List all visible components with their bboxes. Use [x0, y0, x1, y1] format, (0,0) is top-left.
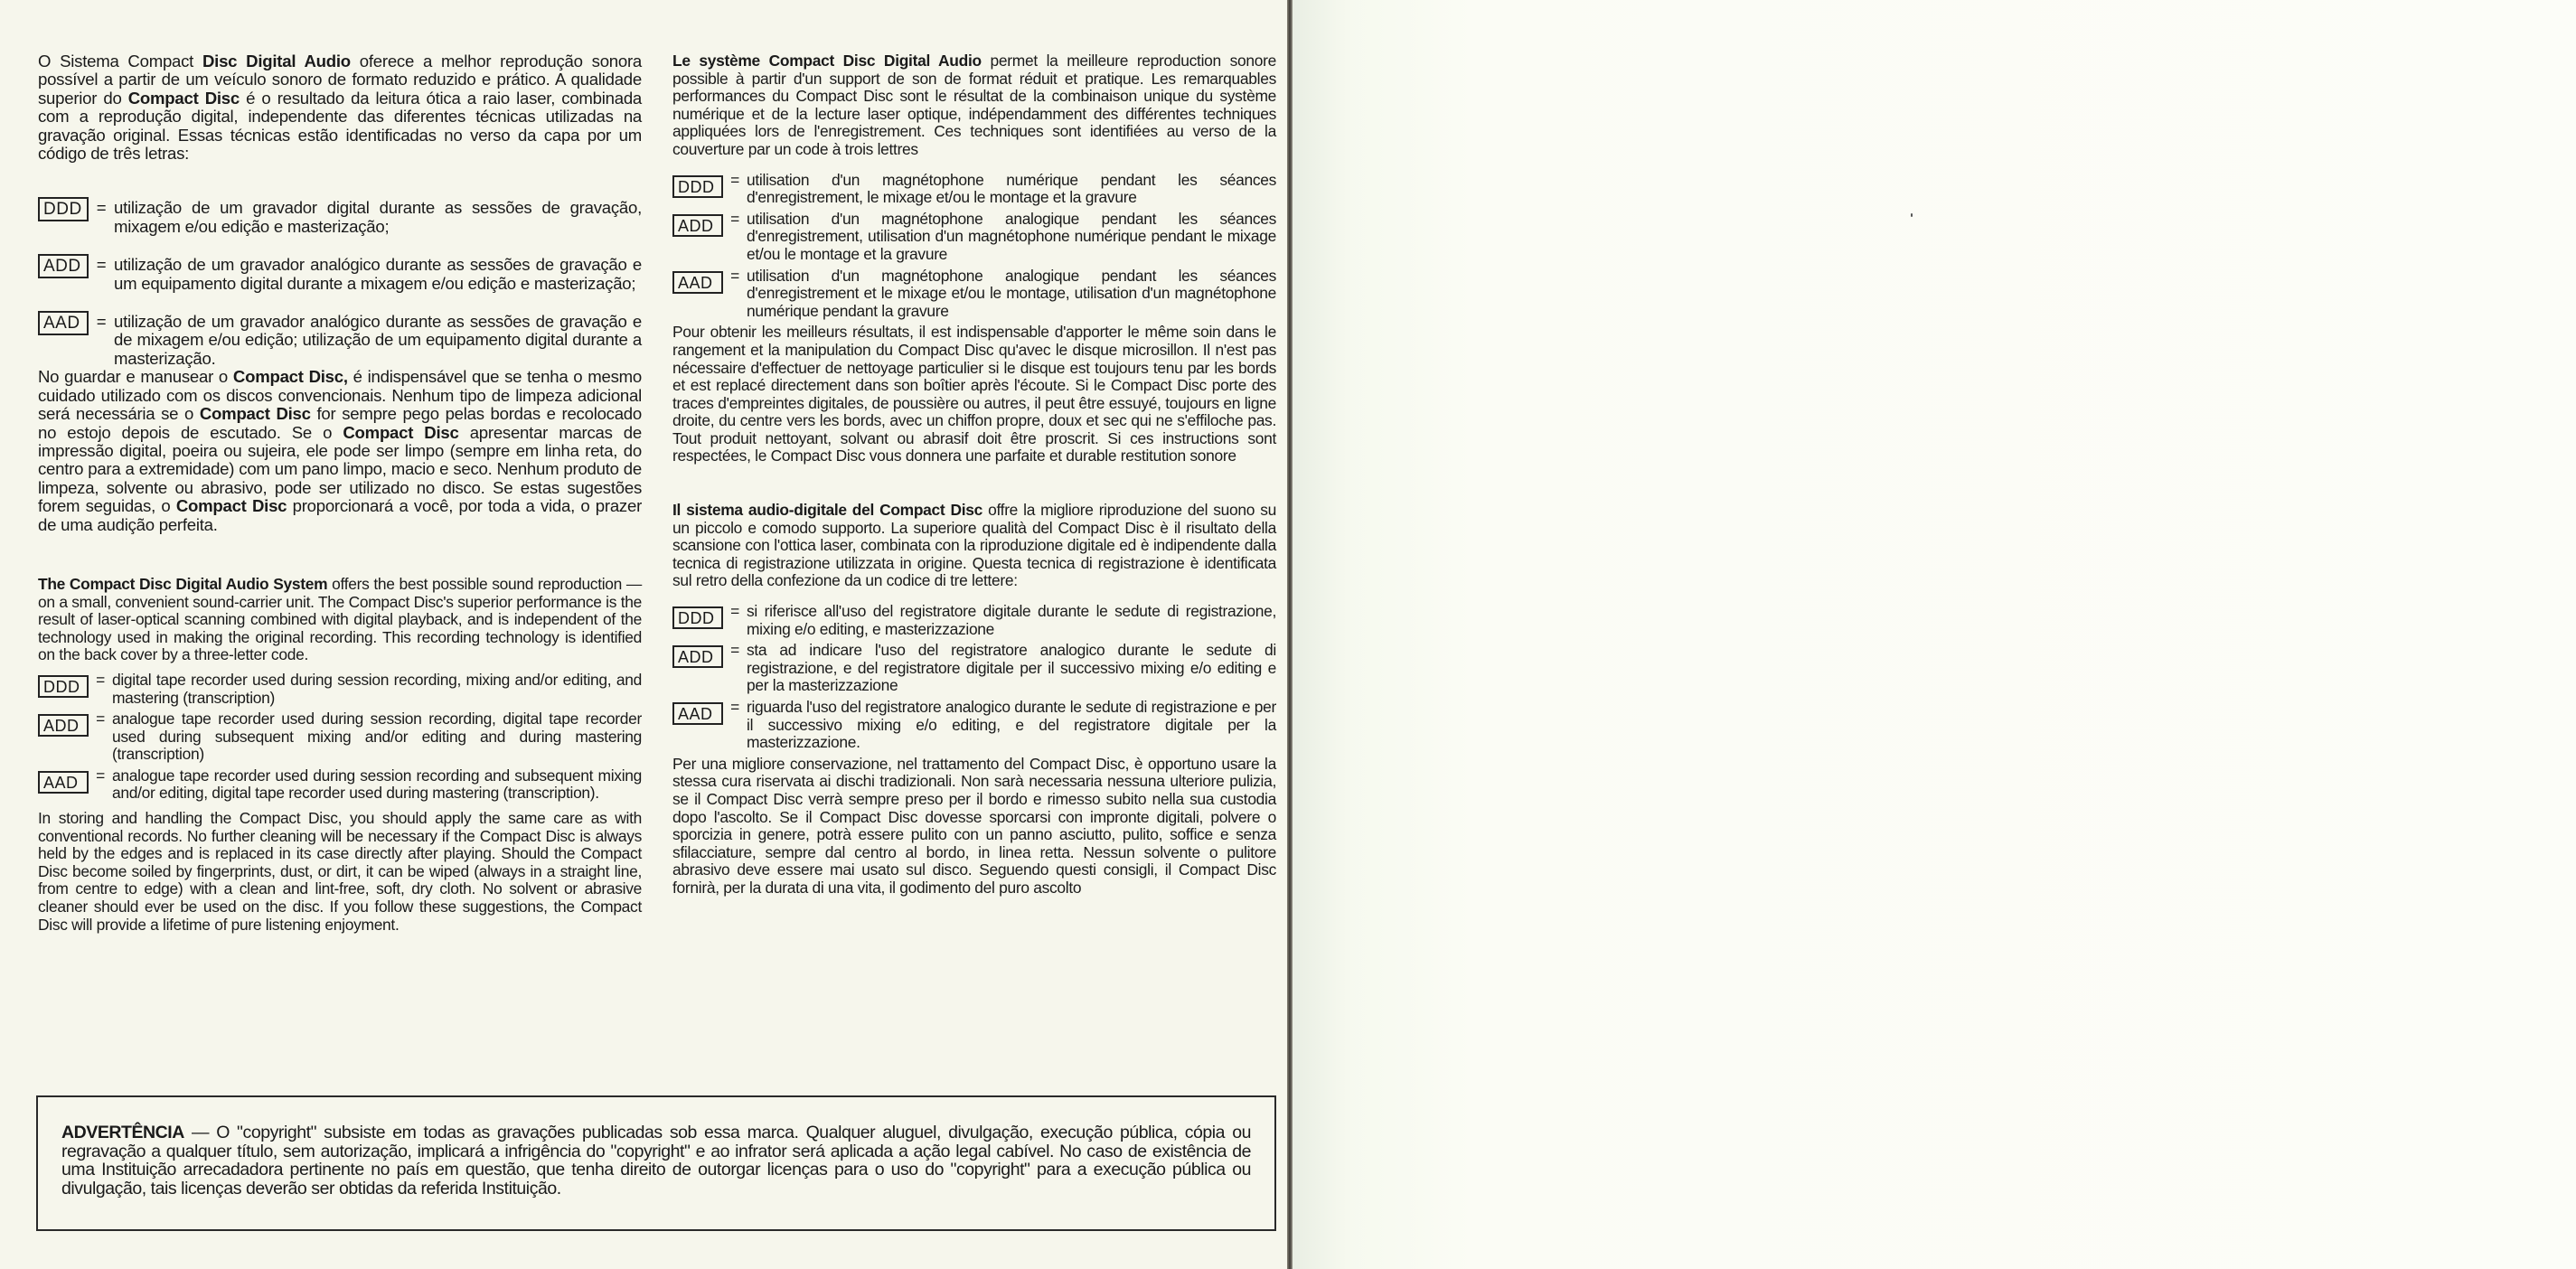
code-badge: ADD	[672, 645, 723, 668]
code-badge: AAD	[672, 702, 723, 725]
pt-intro-bold-cd: Compact Disc	[128, 89, 240, 108]
fr-code-item-add: ADD = utilisation d'un magnétophone anal…	[672, 211, 1276, 264]
italian-section: Il sistema audio-digitale del Compact Di…	[672, 502, 1276, 897]
pt-care-bold: Compact Disc	[176, 496, 287, 515]
it-intro-paragraph: Il sistema audio-digitale del Compact Di…	[672, 502, 1276, 590]
en-code-item-ddd: DDD = digital tape recorder used during …	[38, 672, 642, 707]
pt-code-item-aad: AAD = utilização de um gravador analógic…	[38, 313, 642, 368]
warning-label: ADVERTÊNCIA	[61, 1123, 184, 1142]
pt-care-text: No guardar e manusear o	[38, 367, 233, 386]
it-code-item-ddd: DDD = si riferisce all'uso del registrat…	[672, 603, 1276, 638]
code-description: utilização de um gravador analógico dura…	[114, 313, 642, 368]
code-badge: ADD	[38, 714, 89, 737]
code-description: sta ad indicare l'uso del registratore a…	[747, 642, 1276, 695]
en-code-item-aad: AAD = analogue tape recorder used during…	[38, 767, 642, 803]
equals-sign: =	[723, 603, 747, 621]
warning-text: — O "copyright" subsiste em todas as gra…	[61, 1123, 1251, 1198]
en-code-item-add: ADD = analogue tape recorder used during…	[38, 710, 642, 764]
equals-sign: =	[723, 211, 747, 229]
fr-code-list: DDD = utilisation d'un magnétophone numé…	[672, 172, 1276, 321]
equals-sign: =	[89, 767, 112, 785]
code-badge: AAD	[672, 271, 723, 294]
pt-code-item-add: ADD = utilização de um gravador analógic…	[38, 256, 642, 293]
it-code-item-aad: AAD = riguarda l'uso del registratore an…	[672, 699, 1276, 752]
equals-sign: =	[723, 699, 747, 717]
en-intro-paragraph: The Compact Disc Digital Audio System of…	[38, 576, 642, 664]
equals-sign: =	[723, 172, 747, 190]
english-section: The Compact Disc Digital Audio System of…	[38, 576, 642, 934]
equals-sign: =	[723, 268, 747, 286]
pt-care-paragraph: No guardar e manusear o Compact Disc, é …	[38, 368, 642, 534]
code-badge: DDD	[672, 606, 723, 629]
equals-sign: =	[89, 256, 114, 274]
pt-intro-bold-brand: Disc Digital Audio	[202, 52, 351, 70]
fr-code-item-aad: AAD = utilisation d'un magnétophone anal…	[672, 268, 1276, 321]
code-badge: ADD	[38, 254, 89, 278]
right-page-blank	[1293, 0, 2576, 1269]
equals-sign: =	[89, 672, 112, 690]
equals-sign: =	[89, 199, 114, 217]
code-description: utilisation d'un magnétophone analogique…	[747, 268, 1276, 321]
code-badge: ADD	[672, 214, 723, 237]
equals-sign: =	[89, 313, 114, 331]
code-badge: AAD	[38, 771, 89, 794]
fr-intro-paragraph: Le système Compact Disc Digital Audio pe…	[672, 52, 1276, 159]
en-intro-bold: The Compact Disc Digital Audio System	[38, 575, 327, 593]
pt-code-item-ddd: DDD = utilização de um gravador digital …	[38, 199, 642, 236]
code-description: utilisation d'un magnétophone analogique…	[747, 211, 1276, 264]
paper-speck	[1911, 213, 1913, 217]
code-description: analogue tape recorder used during sessi…	[112, 767, 642, 803]
fr-intro-bold: Le système Compact Disc Digital Audio	[672, 52, 982, 70]
en-code-list: DDD = digital tape recorder used during …	[38, 672, 642, 803]
it-intro-bold: Il sistema audio-digitale del Compact Di…	[672, 501, 982, 519]
code-badge: DDD	[672, 175, 723, 198]
column-right: Le système Compact Disc Digital Audio pe…	[672, 52, 1276, 898]
code-description: analogue tape recorder used during sessi…	[112, 710, 642, 764]
it-care-paragraph: Per una migliore conservazione, nel trat…	[672, 756, 1276, 898]
it-code-item-add: ADD = sta ad indicare l'uso del registra…	[672, 642, 1276, 695]
left-page: O Sistema Compact Disc Digital Audio ofe…	[0, 0, 1289, 1269]
code-description: riguarda l'uso del registratore analogic…	[747, 699, 1276, 752]
it-code-list: DDD = si riferisce all'uso del registrat…	[672, 603, 1276, 752]
code-badge: DDD	[38, 675, 89, 698]
en-care-paragraph: In storing and handling the Compact Disc…	[38, 810, 642, 934]
pt-intro-paragraph: O Sistema Compact Disc Digital Audio ofe…	[38, 52, 642, 163]
code-description: utilisation d'un magnétophone numérique …	[747, 172, 1276, 207]
code-badge: AAD	[38, 311, 89, 335]
pt-intro-text: O Sistema Compact	[38, 52, 202, 70]
pt-care-bold: Compact Disc,	[233, 367, 348, 386]
pt-care-bold: Compact Disc	[200, 404, 311, 423]
column-left: O Sistema Compact Disc Digital Audio ofe…	[38, 52, 642, 934]
pt-code-list: DDD = utilização de um gravador digital …	[38, 199, 642, 368]
booklet-spread: O Sistema Compact Disc Digital Audio ofe…	[0, 0, 2576, 1269]
code-description: utilização de um gravador analógico dura…	[114, 256, 642, 293]
copyright-warning-box: ADVERTÊNCIA — O "copyright" subsiste em …	[36, 1095, 1276, 1231]
fr-care-paragraph: Pour obtenir les meilleurs résultats, il…	[672, 324, 1276, 465]
code-description: digital tape recorder used during sessio…	[112, 672, 642, 707]
pt-care-bold: Compact Disc	[343, 423, 458, 442]
code-description: si riferisce all'uso del registratore di…	[747, 603, 1276, 638]
fr-code-item-ddd: DDD = utilisation d'un magnétophone numé…	[672, 172, 1276, 207]
code-badge: DDD	[38, 197, 89, 221]
equals-sign: =	[89, 710, 112, 728]
code-description: utilização de um gravador digital durant…	[114, 199, 642, 236]
equals-sign: =	[723, 642, 747, 660]
